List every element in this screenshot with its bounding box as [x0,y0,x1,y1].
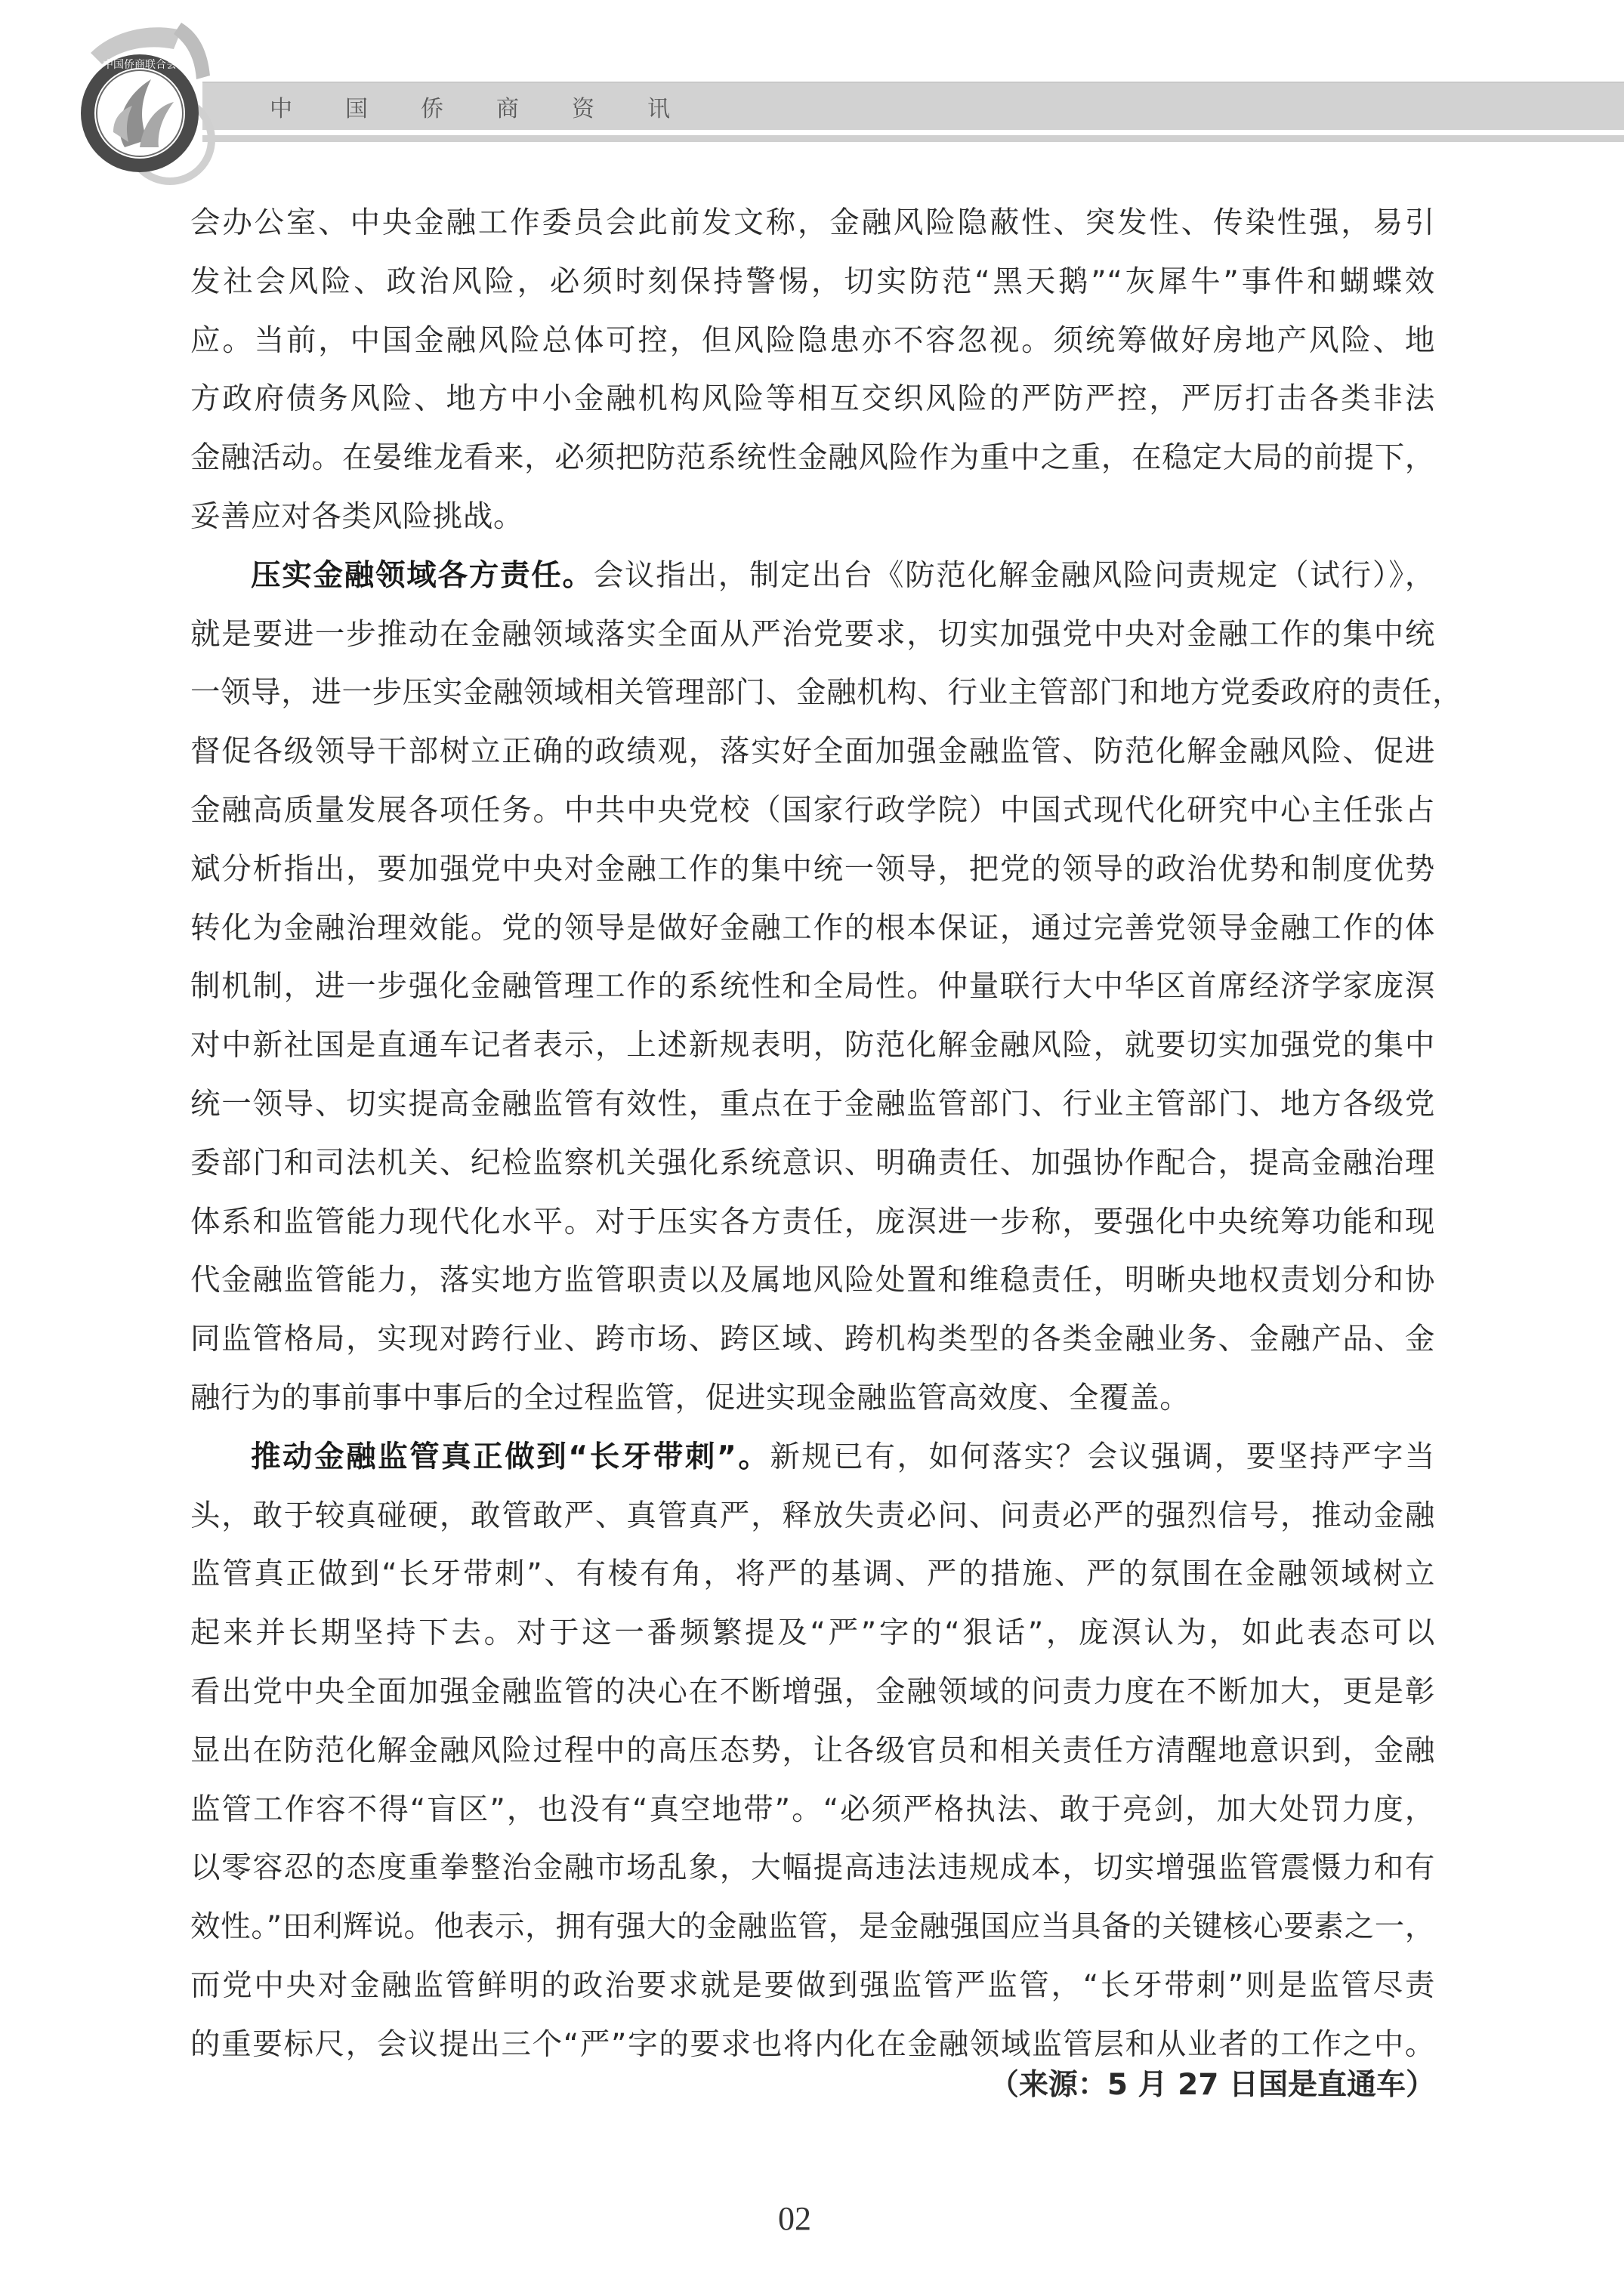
text-line: 效性。”田利辉说。他表示，拥有强大的金融监管，是金融强国应当具备的关键核心要素之… [190,1908,1435,1967]
text-line: 妥善应对各类风险挑战。 [190,498,1435,557]
text-line: 代金融监管能力，落实地方监管职责以及属地风险处置和维稳责任，明晰央地权责划分和协 [190,1261,1435,1320]
title-char: 商 [483,90,559,123]
text-line: 监管工作容不得“盲区”，也没有“真空地带”。“必须严格执法、敢于亮剑，加大处罚力… [190,1791,1435,1850]
text-line: 发社会风险、政治风险，必须时刻保持警惕，切实防范“黑天鹅”“灰犀牛”事件和蝴蝶效 [190,263,1435,322]
text-line: 应。当前，中国金融风险总体可控，但风险隐患亦不容忽视。须统筹做好房地产风险、地 [190,322,1435,381]
text-line: 金融活动。在晏维龙看来，必须把防范系统性金融风险作为重中之重，在稳定大局的前提下… [190,439,1435,498]
text-line: 头，敢于较真碰硬，敢管敢严、真管真严，释放失责必问、问责必严的强烈信号，推动金融 [190,1497,1435,1556]
logo-text-cn: 中国侨商联合会 [103,58,177,71]
text-line: 而党中央对金融监管鲜明的政治要求就是要做到强监管严监管，“长牙带刺”则是监管尽责 [190,1967,1435,2026]
text-line: 一领导，进一步压实金融领域相关管理部门、金融机构、行业主管部门和地方党委政府的责… [190,674,1435,733]
text-line: 以零容忍的态度重拳整治金融市场乱象，大幅提高违法违规成本，切实增强监管震慑力和有 [190,1849,1435,1908]
text-line: 统一领导、切实提高金融监管有效性，重点在于金融监管部门、行业主管部门、地方各级党 [190,1085,1435,1144]
title-char: 国 [332,90,408,123]
section-heading: 推动金融监管真正做到“长牙带刺”。 [251,1440,770,1474]
text-line: 融行为的事前事中事后的全过程监管，促进实现金融监管高效度、全覆盖。 [190,1379,1435,1438]
title-char: 资 [559,90,634,123]
title-char: 侨 [408,90,483,123]
title-char: 讯 [634,90,710,123]
text-line: 委部门和司法机关、纪检监察机关强化系统意识、明确责任、加强协作配合，提高金融治理 [190,1144,1435,1203]
text-line: 金融高质量发展各项任务。中共中央党校（国家行政学院）中国式现代化研究中心主任张占 [190,792,1435,850]
section-heading: 压实金融领域各方责任。 [251,558,594,593]
text-line: 监管真正做到“长牙带刺”、有棱有角，将严的基调、严的措施、严的氛围在金融领域树立 [190,1555,1435,1614]
text-line: 方政府债务风险、地方中小金融机构风险等相互交织风险的严防严控，严厉打击各类非法 [190,380,1435,439]
paragraph-first-line: 压实金融领域各方责任。会议指出，制定出台《防范化解金融风险问责规定（试行）》， [190,557,1435,616]
text-line: 起来并长期坚持下去。对于这一番频繁提及“严”字的“狠话”，庞溟认为，如此表态可以 [190,1614,1435,1673]
header-divider [202,135,1624,142]
text-line: 看出党中央全面加强金融监管的决心在不断增强，金融领域的问责力度在不断加大，更是彰 [190,1673,1435,1732]
paragraph-first-line: 推动金融监管真正做到“长牙带刺”。新规已有，如何落实？会议强调，要坚持严字当 [190,1438,1435,1497]
text-run: 会议指出，制定出台《防范化解金融风险问责规定（试行）》， [594,558,1435,593]
text-line: 体系和监管能力现代化水平。对于压实各方责任，庞溟进一步称，要强化中央统筹功能和现 [190,1203,1435,1262]
page-number: 02 [778,2199,811,2238]
federation-logo-icon: 中国侨商联合会 [68,8,242,189]
text-line: 对中新社国是直通车记者表示，上述新规表明，防范化解金融风险，就要切实加强党的集中 [190,1026,1435,1085]
text-line: 督促各级领导干部树立正确的政绩观，落实好全面加强金融监管、防范化解金融风险、促进 [190,733,1435,792]
publication-title: 中 国 侨 商 资 讯 [257,84,710,129]
article-body: 会办公室、中央金融工作委员会此前发文称，金融风险隐蔽性、突发性、传染性强，易引 … [190,204,1435,2085]
source-attribution: （来源：5 月 27 日国是直通车） [990,2066,1435,2104]
text-line: 转化为金融治理效能。党的领导是做好金融工作的根本保证，通过完善党领导金融工作的体 [190,909,1435,968]
text-line: 显出在防范化解金融风险过程中的高压态势，让各级官员和相关责任方清醒地意识到，金融 [190,1732,1435,1791]
title-char: 中 [257,90,332,123]
text-line: 制机制，进一步强化金融管理工作的系统性和全局性。仲量联行大中华区首席经济学家庞溟 [190,968,1435,1026]
text-line: 会办公室、中央金融工作委员会此前发文称，金融风险隐蔽性、突发性、传染性强，易引 [190,204,1435,263]
text-line: 同监管格局，实现对跨行业、跨市场、跨区域、跨机构类型的各类金融业务、金融产品、金 [190,1320,1435,1379]
text-run: 新规已有，如何落实？会议强调，要坚持严字当 [770,1440,1435,1474]
text-line: 斌分析指出，要加强党中央对金融工作的集中统一领导，把党的领导的政治优势和制度优势 [190,850,1435,909]
text-line: 就是要进一步推动在金融领域落实全面从严治党要求，切实加强党中央对金融工作的集中统 [190,616,1435,674]
